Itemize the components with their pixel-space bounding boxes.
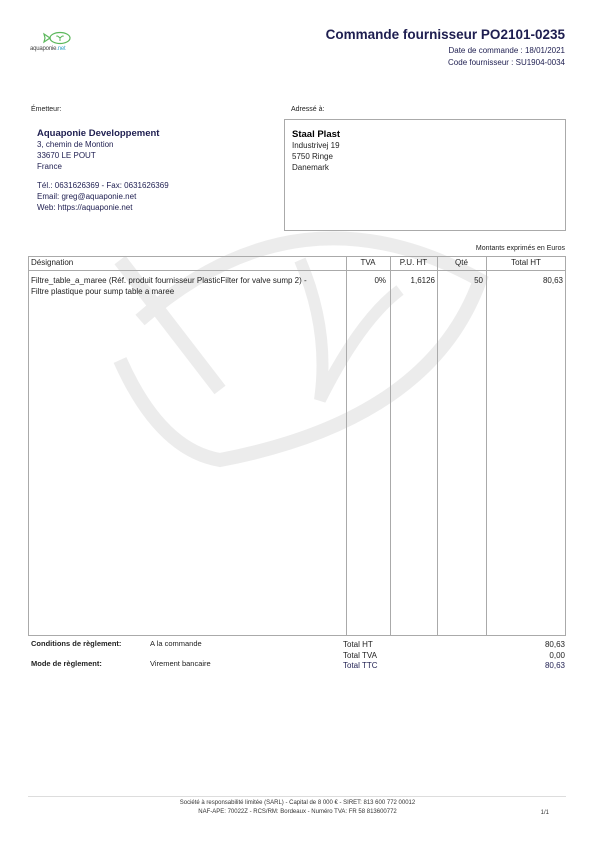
recipient-name: Staal Plast	[292, 129, 340, 140]
footer-divider	[28, 796, 566, 797]
column-divider	[346, 256, 347, 636]
footer-legal-line1: Société à responsabilité limitée (SARL) …	[0, 800, 595, 806]
row-qty: 50	[437, 276, 483, 287]
row-tva: 0%	[346, 276, 386, 287]
payment-mode-label: Mode de règlement:	[31, 659, 102, 668]
total-ttc-value: 80,63	[545, 661, 565, 670]
total-tva-value: 0,00	[549, 651, 565, 660]
sender-label: Émetteur:	[31, 106, 61, 113]
recipient-address1: Industrivej 19	[292, 140, 340, 151]
header-total-ht: Total HT	[486, 258, 566, 267]
sender-block: Aquaponie Developpement 3, chemin de Mon…	[37, 128, 169, 213]
header-designation: Désignation	[31, 258, 73, 267]
company-logo-icon	[30, 30, 86, 58]
total-ht-label: Total HT	[343, 640, 373, 649]
recipient-address2: 5750 Ringe	[292, 151, 340, 162]
recipient-block: Staal Plast Industrivej 19 5750 Ringe Da…	[292, 129, 340, 173]
column-divider	[390, 256, 391, 636]
sender-email: Email: greg@aquaponie.net	[37, 191, 169, 202]
total-ttc-label: Total TTC	[343, 661, 378, 670]
currency-note: Montants exprimés en Euros	[476, 245, 565, 252]
logo-text: aquaponie.net	[30, 46, 65, 52]
document-title: Commande fournisseur PO2101-0235	[326, 27, 565, 42]
column-divider	[437, 256, 438, 636]
table-row: Filtre_table_a_maree (Réf. produit fourn…	[31, 276, 307, 297]
sender-web: Web: https://aquaponie.net	[37, 202, 169, 213]
sender-country: France	[37, 161, 169, 172]
header-qty: Qté	[437, 258, 486, 267]
row-designation-line1: Filtre_table_a_maree (Réf. produit fourn…	[31, 276, 307, 287]
total-ht-value: 80,63	[545, 640, 565, 649]
row-pu-ht: 1,6126	[390, 276, 435, 287]
sender-address1: 3, chemin de Montion	[37, 139, 169, 150]
header-tva: TVA	[346, 258, 390, 267]
conditions-value: A la commande	[150, 639, 202, 648]
payment-mode-value: Virement bancaire	[150, 659, 211, 668]
supplier-code: Code fournisseur : SU1904-0034	[448, 58, 565, 67]
recipient-country: Danemark	[292, 162, 340, 173]
sender-name: Aquaponie Developpement	[37, 128, 169, 139]
row-total-ht: 80,63	[486, 276, 563, 287]
footer-legal-line2: NAF-APE: 70022Z - RCS/RM: Bordeaux - Num…	[0, 809, 595, 815]
page-number: 1/1	[541, 810, 549, 816]
column-divider	[486, 256, 487, 636]
total-tva-label: Total TVA	[343, 651, 377, 660]
order-date: Date de commande : 18/01/2021	[448, 46, 565, 55]
row-designation-line2: Filtre plastique pour sump table a maree	[31, 287, 307, 298]
sender-address2: 33670 LE POUT	[37, 150, 169, 161]
conditions-label: Conditions de règlement:	[31, 639, 121, 648]
recipient-label: Adressé à:	[291, 106, 324, 113]
header-pu-ht: P.U. HT	[390, 258, 437, 267]
sender-phone: Tél.: 0631626369 - Fax: 0631626369	[37, 180, 169, 191]
